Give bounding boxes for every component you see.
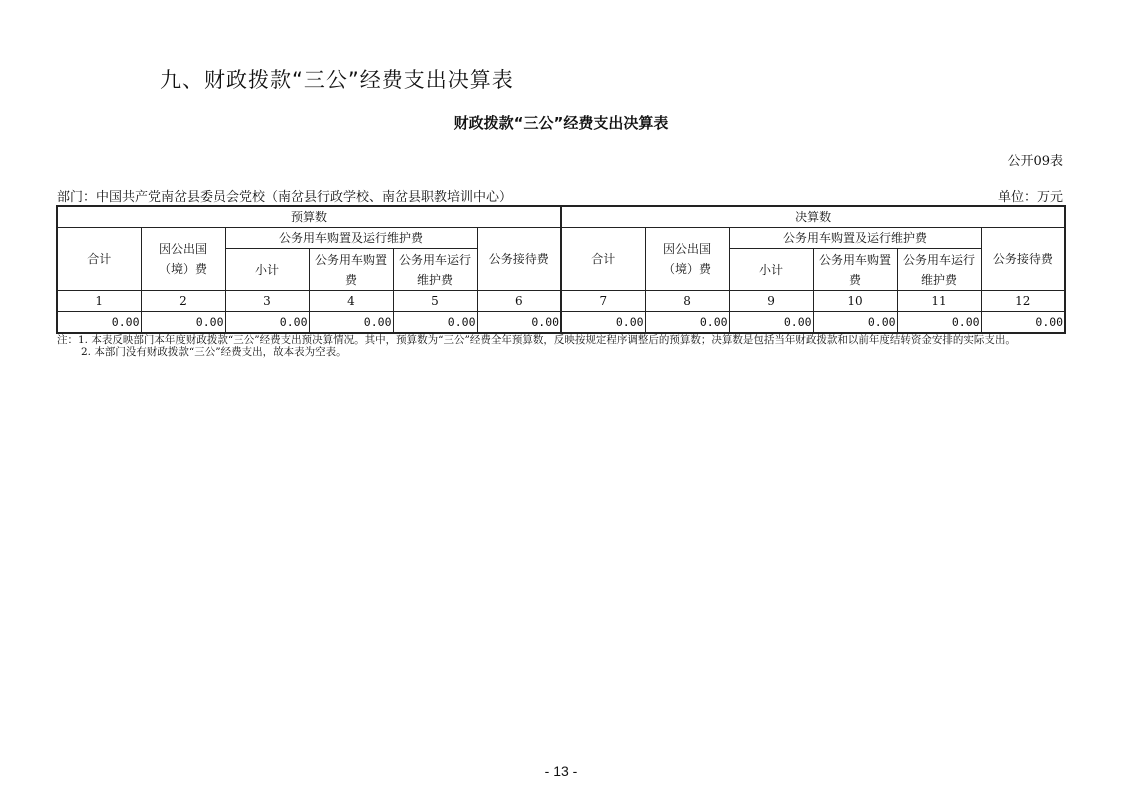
header-text: 维护费	[921, 273, 957, 287]
value-cell: 0.00	[141, 312, 225, 334]
final-reception-header: 公务接待费	[981, 228, 1065, 291]
value-cell: 0.00	[57, 312, 141, 334]
final-group-header: 决算数	[561, 206, 1065, 228]
column-index: 4	[309, 291, 393, 312]
budget-reception-header: 公务接待费	[477, 228, 561, 291]
header-text: 因公出国	[663, 242, 711, 256]
form-code: 公开09表	[1007, 150, 1063, 169]
group-header-row: 预算数 决算数	[57, 206, 1065, 228]
value-cell: 0.00	[729, 312, 813, 334]
department-label: 部门：中国共产党南岔县委员会党校（南岔县行政学校、南岔县职教培训中心）	[57, 186, 512, 205]
column-index: 7	[561, 291, 645, 312]
unit-label: 单位：万元	[998, 186, 1063, 205]
value-cell: 0.00	[309, 312, 393, 334]
value-cell: 0.00	[477, 312, 561, 334]
budget-operation-header: 公务用车运行维护费	[393, 249, 477, 291]
note-2: 2. 本部门没有财政拨款“三公”经费支出，故本表为空表。	[57, 346, 1067, 358]
header-text: 公务用车购置	[819, 253, 891, 267]
header-text: 公务用车运行	[399, 253, 471, 267]
budget-vehicle-group-header: 公务用车购置及运行维护费	[225, 228, 477, 249]
column-index: 11	[897, 291, 981, 312]
budget-group-header: 预算数	[57, 206, 561, 228]
header-text: 因公出国	[159, 242, 207, 256]
value-row: 0.00 0.00 0.00 0.00 0.00 0.00 0.00 0.00 …	[57, 312, 1065, 334]
column-index: 5	[393, 291, 477, 312]
header-text: 费	[849, 273, 861, 287]
value-cell: 0.00	[561, 312, 645, 334]
value-cell: 0.00	[813, 312, 897, 334]
page-number: - 13 -	[0, 763, 1122, 779]
budget-abroad-header: 因公出国（境）费	[141, 228, 225, 291]
final-purchase-header: 公务用车购置费	[813, 249, 897, 291]
header-text: （境）费	[159, 262, 207, 276]
column-index: 2	[141, 291, 225, 312]
header-text: 维护费	[417, 273, 453, 287]
column-index: 8	[645, 291, 729, 312]
header-text: 公务用车购置	[315, 253, 387, 267]
value-cell: 0.00	[225, 312, 309, 334]
value-cell: 0.00	[393, 312, 477, 334]
three-public-expenses-table: 预算数 决算数 合计 因公出国（境）费 公务用车购置及运行维护费 公务接待费 合…	[56, 205, 1066, 334]
column-index: 3	[225, 291, 309, 312]
budget-total-header: 合计	[57, 228, 141, 291]
section-title: 九、财政拨款“三公”经费支出决算表	[160, 64, 514, 94]
table-notes: 注：1. 本表反映部门本年度财政拨款“三公”经费支出预决算情况。其中，预算数为“…	[57, 334, 1067, 358]
final-subtotal-header: 小计	[729, 249, 813, 291]
header-text: （境）费	[663, 262, 711, 276]
value-cell: 0.00	[645, 312, 729, 334]
table-title: 财政拨款“三公”经费支出决算表	[0, 112, 1122, 133]
budget-purchase-header: 公务用车购置费	[309, 249, 393, 291]
column-index: 12	[981, 291, 1065, 312]
final-abroad-header: 因公出国（境）费	[645, 228, 729, 291]
header-text: 公务用车运行	[903, 253, 975, 267]
column-index: 10	[813, 291, 897, 312]
column-index: 1	[57, 291, 141, 312]
final-operation-header: 公务用车运行维护费	[897, 249, 981, 291]
column-index: 9	[729, 291, 813, 312]
column-index: 6	[477, 291, 561, 312]
header-text: 费	[345, 273, 357, 287]
final-total-header: 合计	[561, 228, 645, 291]
value-cell: 0.00	[981, 312, 1065, 334]
note-1: 注：1. 本表反映部门本年度财政拨款“三公”经费支出预决算情况。其中，预算数为“…	[57, 334, 1067, 346]
value-cell: 0.00	[897, 312, 981, 334]
header-row-1: 合计 因公出国（境）费 公务用车购置及运行维护费 公务接待费 合计 因公出国（境…	[57, 228, 1065, 249]
final-vehicle-group-header: 公务用车购置及运行维护费	[729, 228, 981, 249]
column-index-row: 1 2 3 4 5 6 7 8 9 10 11 12	[57, 291, 1065, 312]
budget-subtotal-header: 小计	[225, 249, 309, 291]
